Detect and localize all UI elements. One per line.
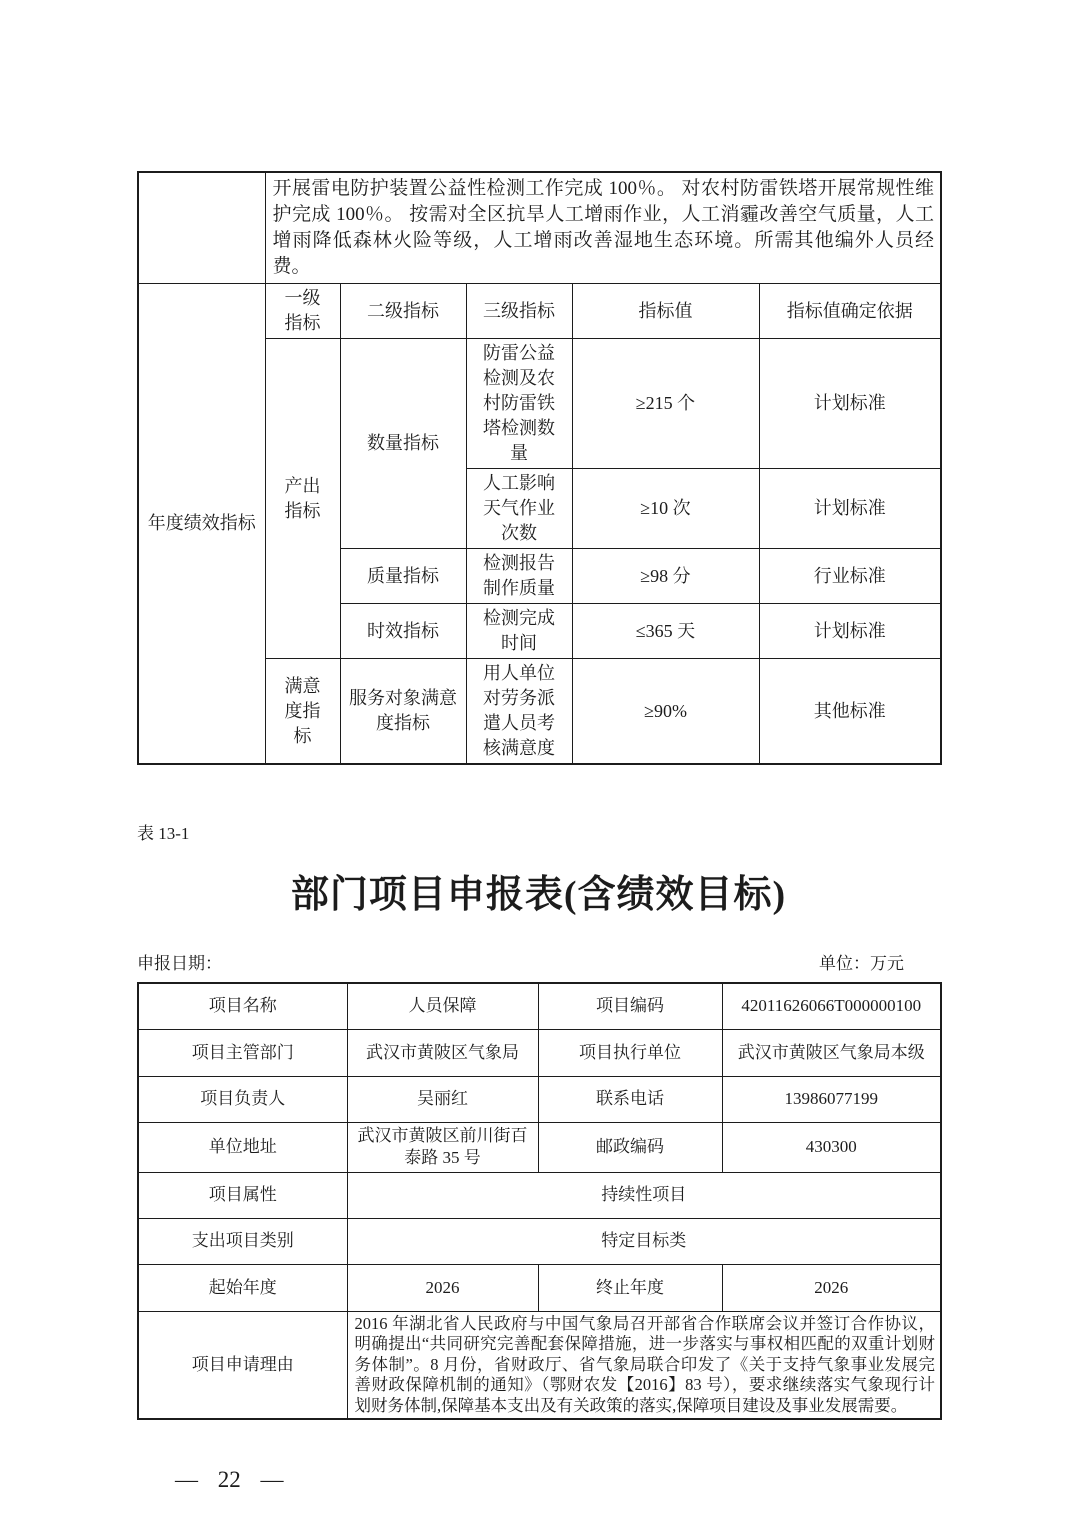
table-row: 项目负责人 吴丽红 联系电话 13986077199 (138, 1076, 941, 1122)
perf-header-basis: 指标值确定依据 (759, 284, 941, 339)
field-value: 武汉市黄陂区气象局 (347, 1029, 538, 1076)
perf-value-cell: ≥90% (572, 659, 759, 765)
perf-l2-quantity: 数量指标 (340, 339, 466, 549)
perf-basis-cell: 其他标准 (759, 659, 941, 765)
page-number: — 22 — (137, 1467, 940, 1493)
perf-value-cell: ≤365 天 (572, 604, 759, 659)
perf-basis-cell: 计划标准 (759, 339, 941, 469)
field-value: 13986077199 (722, 1076, 941, 1122)
page-content: 开展雷电防护装置公益性检测工作完成 100％。 对农村防雷铁塔开展常规性维护完成… (137, 0, 940, 1493)
field-label: 单位地址 (138, 1122, 347, 1172)
table-row: 项目申请理由 2016 年湖北省人民政府与中国气象局召开部省合作联席会议并签订合… (138, 1311, 941, 1419)
table-ref-label: 表 13-1 (137, 823, 940, 845)
perf-header-level1: 一级指标 (265, 284, 340, 339)
field-label: 项目属性 (138, 1172, 347, 1218)
perf-section-label: 年度绩效指标 (138, 284, 265, 765)
field-label: 起始年度 (138, 1264, 347, 1311)
field-label: 项目负责人 (138, 1076, 347, 1122)
field-label: 联系电话 (538, 1076, 722, 1122)
field-value: 人员保障 (347, 983, 538, 1029)
perf-basis-cell: 行业标准 (759, 549, 941, 604)
table-row: 项目名称 人员保障 项目编码 42011626066T000000100 (138, 983, 941, 1029)
perf-l2-satisfaction: 服务对象满意度指标 (340, 659, 466, 765)
table-row: 年度绩效指标 一级指标 二级指标 三级指标 指标值 指标值确定依据 (138, 284, 941, 339)
perf-value-cell: ≥215 个 (572, 339, 759, 469)
field-label: 支出项目类别 (138, 1218, 347, 1264)
perf-header-value: 指标值 (572, 284, 759, 339)
field-value: 2026 (722, 1264, 941, 1311)
field-label: 项目申请理由 (138, 1311, 347, 1419)
continuation-note: 开展雷电防护装置公益性检测工作完成 100％。 对农村防雷铁塔开展常规性维护完成… (265, 172, 941, 284)
performance-indicators-table: 开展雷电防护装置公益性检测工作完成 100％。 对农村防雷铁塔开展常规性维护完成… (137, 171, 942, 765)
perf-l3-cell: 检测报告制作质量 (466, 549, 572, 604)
perf-l3-cell: 人工影响天气作业次数 (466, 469, 572, 549)
perf-group-output: 产出指标 (265, 339, 340, 659)
date-label: 申报日期： (137, 953, 222, 975)
field-value: 特定目标类 (347, 1218, 941, 1264)
continuation-empty-cell (138, 172, 265, 284)
perf-basis-cell: 计划标准 (759, 604, 941, 659)
field-value: 武汉市黄陂区前川街百泰路 35 号 (347, 1122, 538, 1172)
table-row: 开展雷电防护装置公益性检测工作完成 100％。 对农村防雷铁塔开展常规性维护完成… (138, 172, 941, 284)
field-value-reason: 2016 年湖北省人民政府与中国气象局召开部省合作联席会议并签订合作协议，明确提… (347, 1311, 941, 1419)
perf-l3-cell: 用人单位对劳务派遣人员考核满意度 (466, 659, 572, 765)
field-value: 430300 (722, 1122, 941, 1172)
perf-basis-cell: 计划标准 (759, 469, 941, 549)
table-row: 支出项目类别 特定目标类 (138, 1218, 941, 1264)
perf-l3-cell: 检测完成时间 (466, 604, 572, 659)
table-row: 单位地址 武汉市黄陂区前川街百泰路 35 号 邮政编码 430300 (138, 1122, 941, 1172)
field-value: 2026 (347, 1264, 538, 1311)
unit-label: 单位：万元 (819, 953, 940, 975)
field-label: 项目编码 (538, 983, 722, 1029)
field-label: 项目主管部门 (138, 1029, 347, 1076)
page-title: 部门项目申报表(含绩效目标) (137, 871, 940, 919)
field-label: 邮政编码 (538, 1122, 722, 1172)
perf-header-level3: 三级指标 (466, 284, 572, 339)
field-label: 项目名称 (138, 983, 347, 1029)
field-value: 持续性项目 (347, 1172, 941, 1218)
table-row: 项目属性 持续性项目 (138, 1172, 941, 1218)
table-row: 项目主管部门 武汉市黄陂区气象局 项目执行单位 武汉市黄陂区气象局本级 (138, 1029, 941, 1076)
perf-header-level2: 二级指标 (340, 284, 466, 339)
perf-value-cell: ≥10 次 (572, 469, 759, 549)
form-meta-row: 申报日期： 单位：万元 (137, 953, 940, 975)
field-value: 吴丽红 (347, 1076, 538, 1122)
field-label: 终止年度 (538, 1264, 722, 1311)
perf-l3-cell: 防雷公益检测及农村防雷铁塔检测数量 (466, 339, 572, 469)
perf-group-satisfaction: 满意度指标 (265, 659, 340, 765)
project-application-table: 项目名称 人员保障 项目编码 42011626066T000000100 项目主… (137, 982, 942, 1420)
field-label: 项目执行单位 (538, 1029, 722, 1076)
perf-value-cell: ≥98 分 (572, 549, 759, 604)
document-page: 开展雷电防护装置公益性检测工作完成 100％。 对农村防雷铁塔开展常规性维护完成… (0, 0, 1074, 1520)
perf-l2-timeliness: 时效指标 (340, 604, 466, 659)
field-value: 42011626066T000000100 (722, 983, 941, 1029)
perf-l2-quality: 质量指标 (340, 549, 466, 604)
table-row: 起始年度 2026 终止年度 2026 (138, 1264, 941, 1311)
field-value: 武汉市黄陂区气象局本级 (722, 1029, 941, 1076)
